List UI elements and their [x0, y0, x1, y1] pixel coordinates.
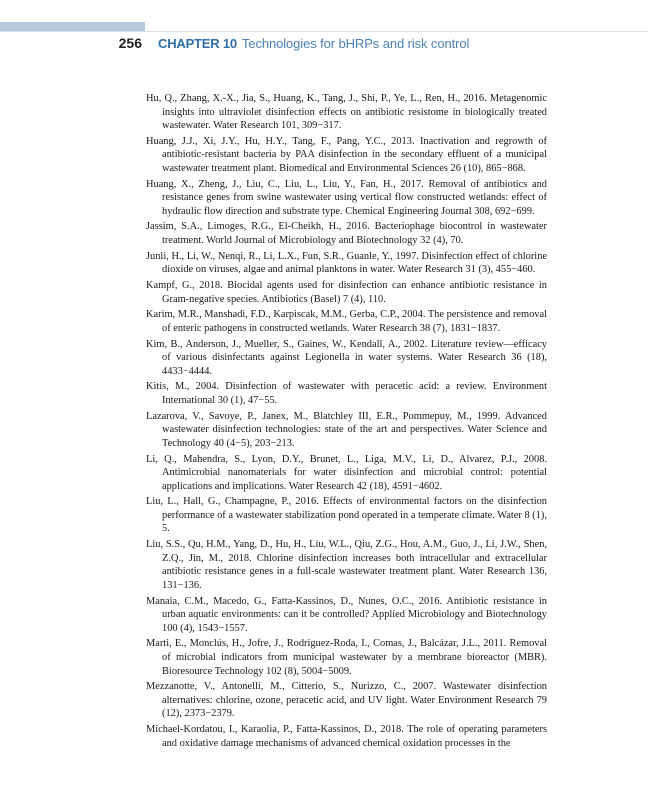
chapter-label: CHAPTER 10 [158, 36, 237, 51]
reference-entry: Michael-Kordatou, I., Karaolia, P., Fatt… [146, 723, 547, 750]
reference-entry: Marti, E., Monclús, H., Jofre, J., Rodri… [146, 637, 547, 678]
reference-entry: Lazarova, V., Savoye, P., Janex, M., Bla… [146, 410, 547, 451]
reference-entry: Jassim, S.A., Limoges, R.G., El-Cheikh, … [146, 220, 547, 247]
chapter-title: Technologies for bHRPs and risk control [242, 36, 469, 51]
header-rule [0, 31, 648, 32]
reference-entry: Huang, J.J., Xi, J.Y., Hu, H.Y., Tang, F… [146, 135, 547, 176]
reference-entry: Kampf, G., 2018. Biocidal agents used fo… [146, 279, 547, 306]
running-header: 256 CHAPTER 10 Technologies for bHRPs an… [80, 35, 469, 53]
reference-entry: Kitis, M., 2004. Disinfection of wastewa… [146, 380, 547, 407]
reference-list: Hu, Q., Zhang, X.-X., Jia, S., Huang, K.… [146, 92, 547, 752]
reference-entry: Huang, X., Zheng, J., Liu, C., Liu, L., … [146, 178, 547, 219]
reference-entry: Li, Q., Mahendra, S., Lyon, D.Y., Brunet… [146, 453, 547, 494]
reference-entry: Manaia, C.M., Macedo, G., Fatta-Kassinos… [146, 595, 547, 636]
header-accent-bar [0, 22, 145, 31]
reference-entry: Junli, H., Li, W., Nenqi, R., Li, L.X., … [146, 250, 547, 277]
reference-entry: Kim, B., Anderson, J., Mueller, S., Gain… [146, 338, 547, 379]
reference-entry: Karim, M.R., Manshadi, F.D., Karpiscak, … [146, 308, 547, 335]
reference-entry: Hu, Q., Zhang, X.-X., Jia, S., Huang, K.… [146, 92, 547, 133]
reference-entry: Mezzanotte, V., Antonelli, M., Citterio,… [146, 680, 547, 721]
reference-entry: Liu, S.S., Qu, H.M., Yang, D., Hu, H., L… [146, 538, 547, 592]
page-number: 256 [80, 35, 142, 51]
reference-entry: Liu, L., Hall, G., Champagne, P., 2016. … [146, 495, 547, 536]
